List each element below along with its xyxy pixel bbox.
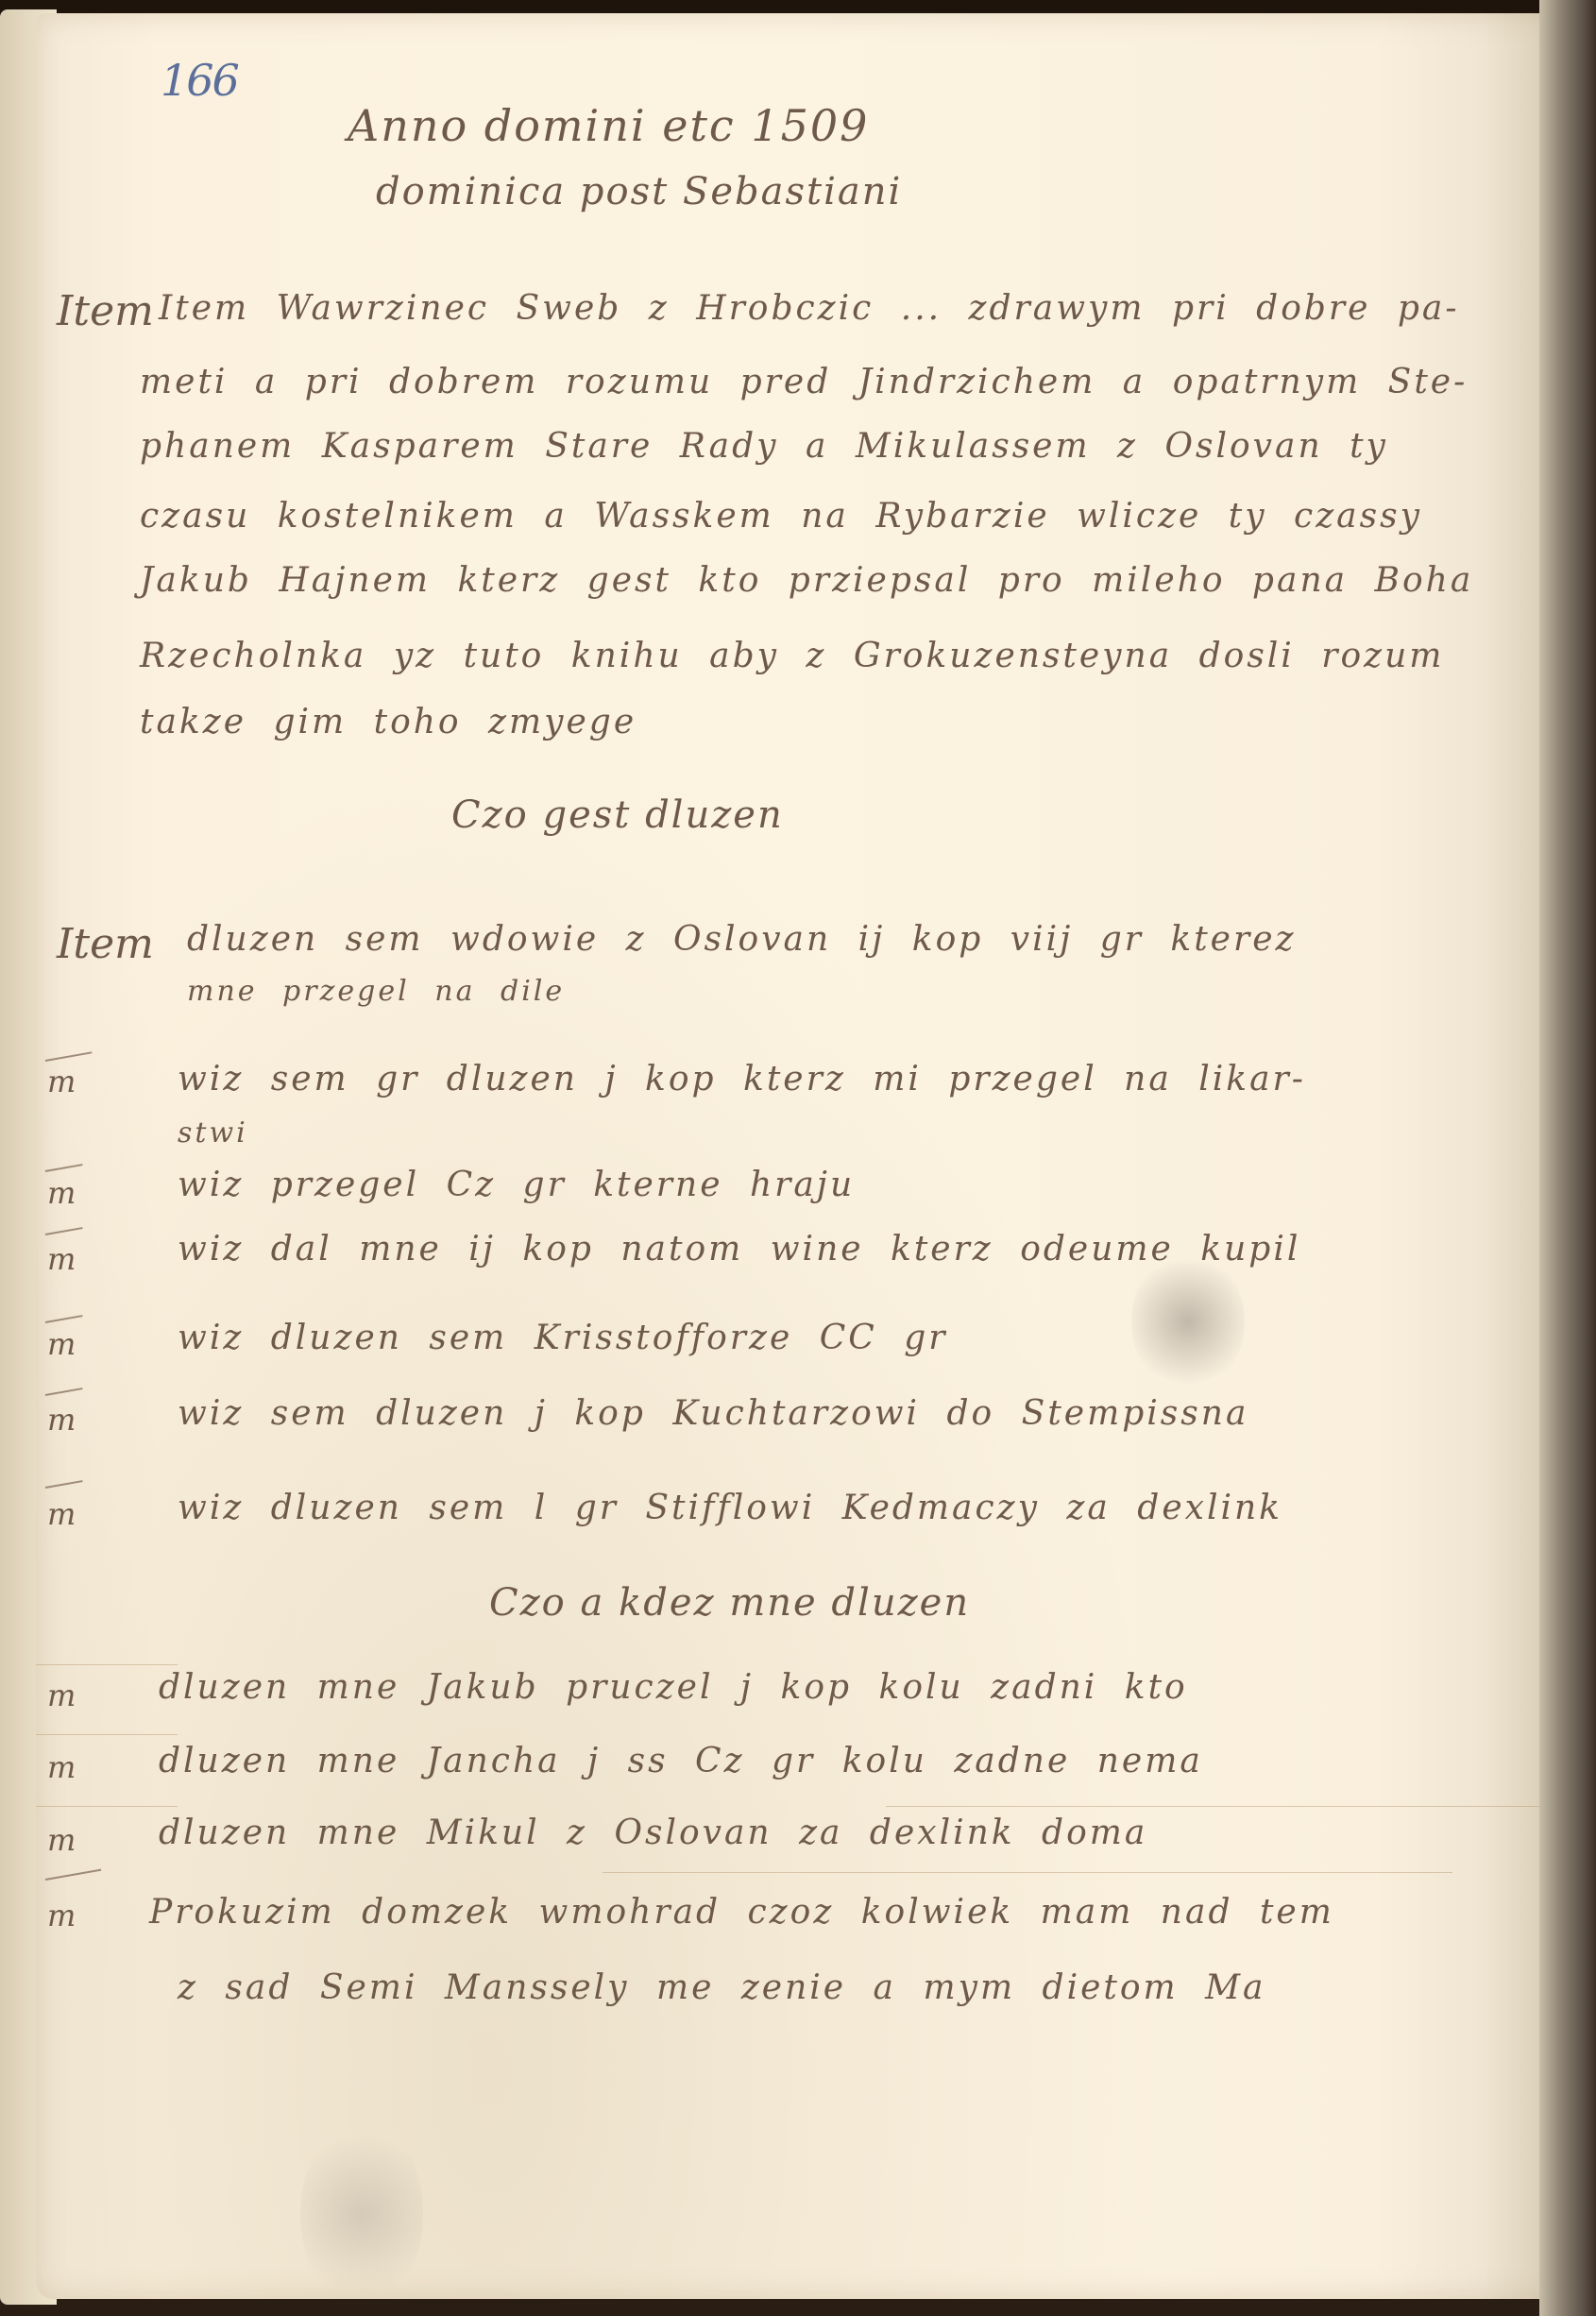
debt-entry: wiz dluzen sem Krisstofforze CC gr	[178, 1319, 947, 1357]
debt-entry: wiz sem gr dluzen j kop kterz mi przegel…	[178, 1060, 1306, 1098]
intro-line: takze gim toho zmyege	[140, 703, 637, 741]
item-marker: Item	[57, 287, 154, 335]
debt-entry: dluzen sem wdowie z Oslovan ij kop viij …	[187, 920, 1296, 959]
manuscript-page: 166 Anno domini etc 1509 dominica post S…	[36, 13, 1558, 2299]
item-marker: m	[47, 1064, 76, 1099]
item-marker: m	[47, 1898, 76, 1933]
debt-entry: wiz dluzen sem l gr Stifflowi Kedmaczy z…	[178, 1489, 1282, 1527]
receivable-entry-continuation: z sad Semi Manssely me zenie a mym dieto…	[178, 1968, 1265, 2007]
receivable-entry: Prokuzim domzek wmohrad czoz kolwiek mam…	[149, 1893, 1334, 1932]
intro-line: Jakub Hajnem kterz gest kto prziepsal pr…	[140, 561, 1473, 600]
intro-line: phanem Kasparem Stare Rady a Mikulassem …	[140, 427, 1388, 466]
manuscript-scan: 166 Anno domini etc 1509 dominica post S…	[0, 0, 1596, 2316]
debt-entry: wiz sem dluzen j kop Kuchtarzowi do Stem…	[178, 1394, 1248, 1433]
header-feast: dominica post Sebastiani	[376, 170, 902, 213]
folio-number: 166	[161, 55, 238, 106]
item-marker: m	[47, 1496, 76, 1532]
receivable-entry: dluzen mne Mikul z Oslovan za dexlink do…	[159, 1814, 1147, 1852]
section-title-debts-owed: Czo gest dluzen	[451, 793, 784, 837]
item-marker: Item	[57, 920, 154, 968]
header-date: Anno domini etc 1509	[348, 100, 869, 151]
receivable-entry: dluzen mne Jakub pruczel j kop kolu zadn…	[159, 1668, 1188, 1707]
intro-line: czasu kostelnikem a Wasskem na Rybarzie …	[140, 497, 1422, 536]
item-marker: m	[47, 1326, 76, 1362]
ink-stain	[1131, 1251, 1245, 1392]
item-marker: m	[47, 1677, 76, 1713]
item-marker: m	[47, 1241, 76, 1277]
intro-line: Item Wawrzinec Sweb z Hrobczic ... zdraw…	[159, 289, 1460, 328]
debt-entry: wiz dal mne ij kop natom wine kterz odeu…	[178, 1230, 1300, 1269]
debt-entry-continuation: stwi	[178, 1116, 248, 1149]
water-stain	[300, 2120, 423, 2308]
binding-gutter	[1539, 0, 1596, 2316]
receivable-entry: dluzen mne Jancha j ss Cz gr kolu zadne …	[159, 1742, 1203, 1780]
item-marker: m	[47, 1822, 76, 1858]
item-marker: m	[47, 1402, 76, 1438]
intro-line: meti a pri dobrem rozumu pred Jindrziche…	[140, 363, 1468, 401]
item-marker: m	[47, 1749, 76, 1785]
section-title-debts-receivable: Czo a kdez mne dluzen	[489, 1581, 970, 1625]
debt-entry: wiz przegel Cz gr kterne hraju	[178, 1166, 855, 1204]
item-marker: m	[47, 1175, 76, 1211]
debt-entry-continuation: mne przegel na dile	[187, 975, 565, 1008]
intro-line: Rzecholnka yz tuto knihu aby z Grokuzens…	[140, 637, 1444, 675]
